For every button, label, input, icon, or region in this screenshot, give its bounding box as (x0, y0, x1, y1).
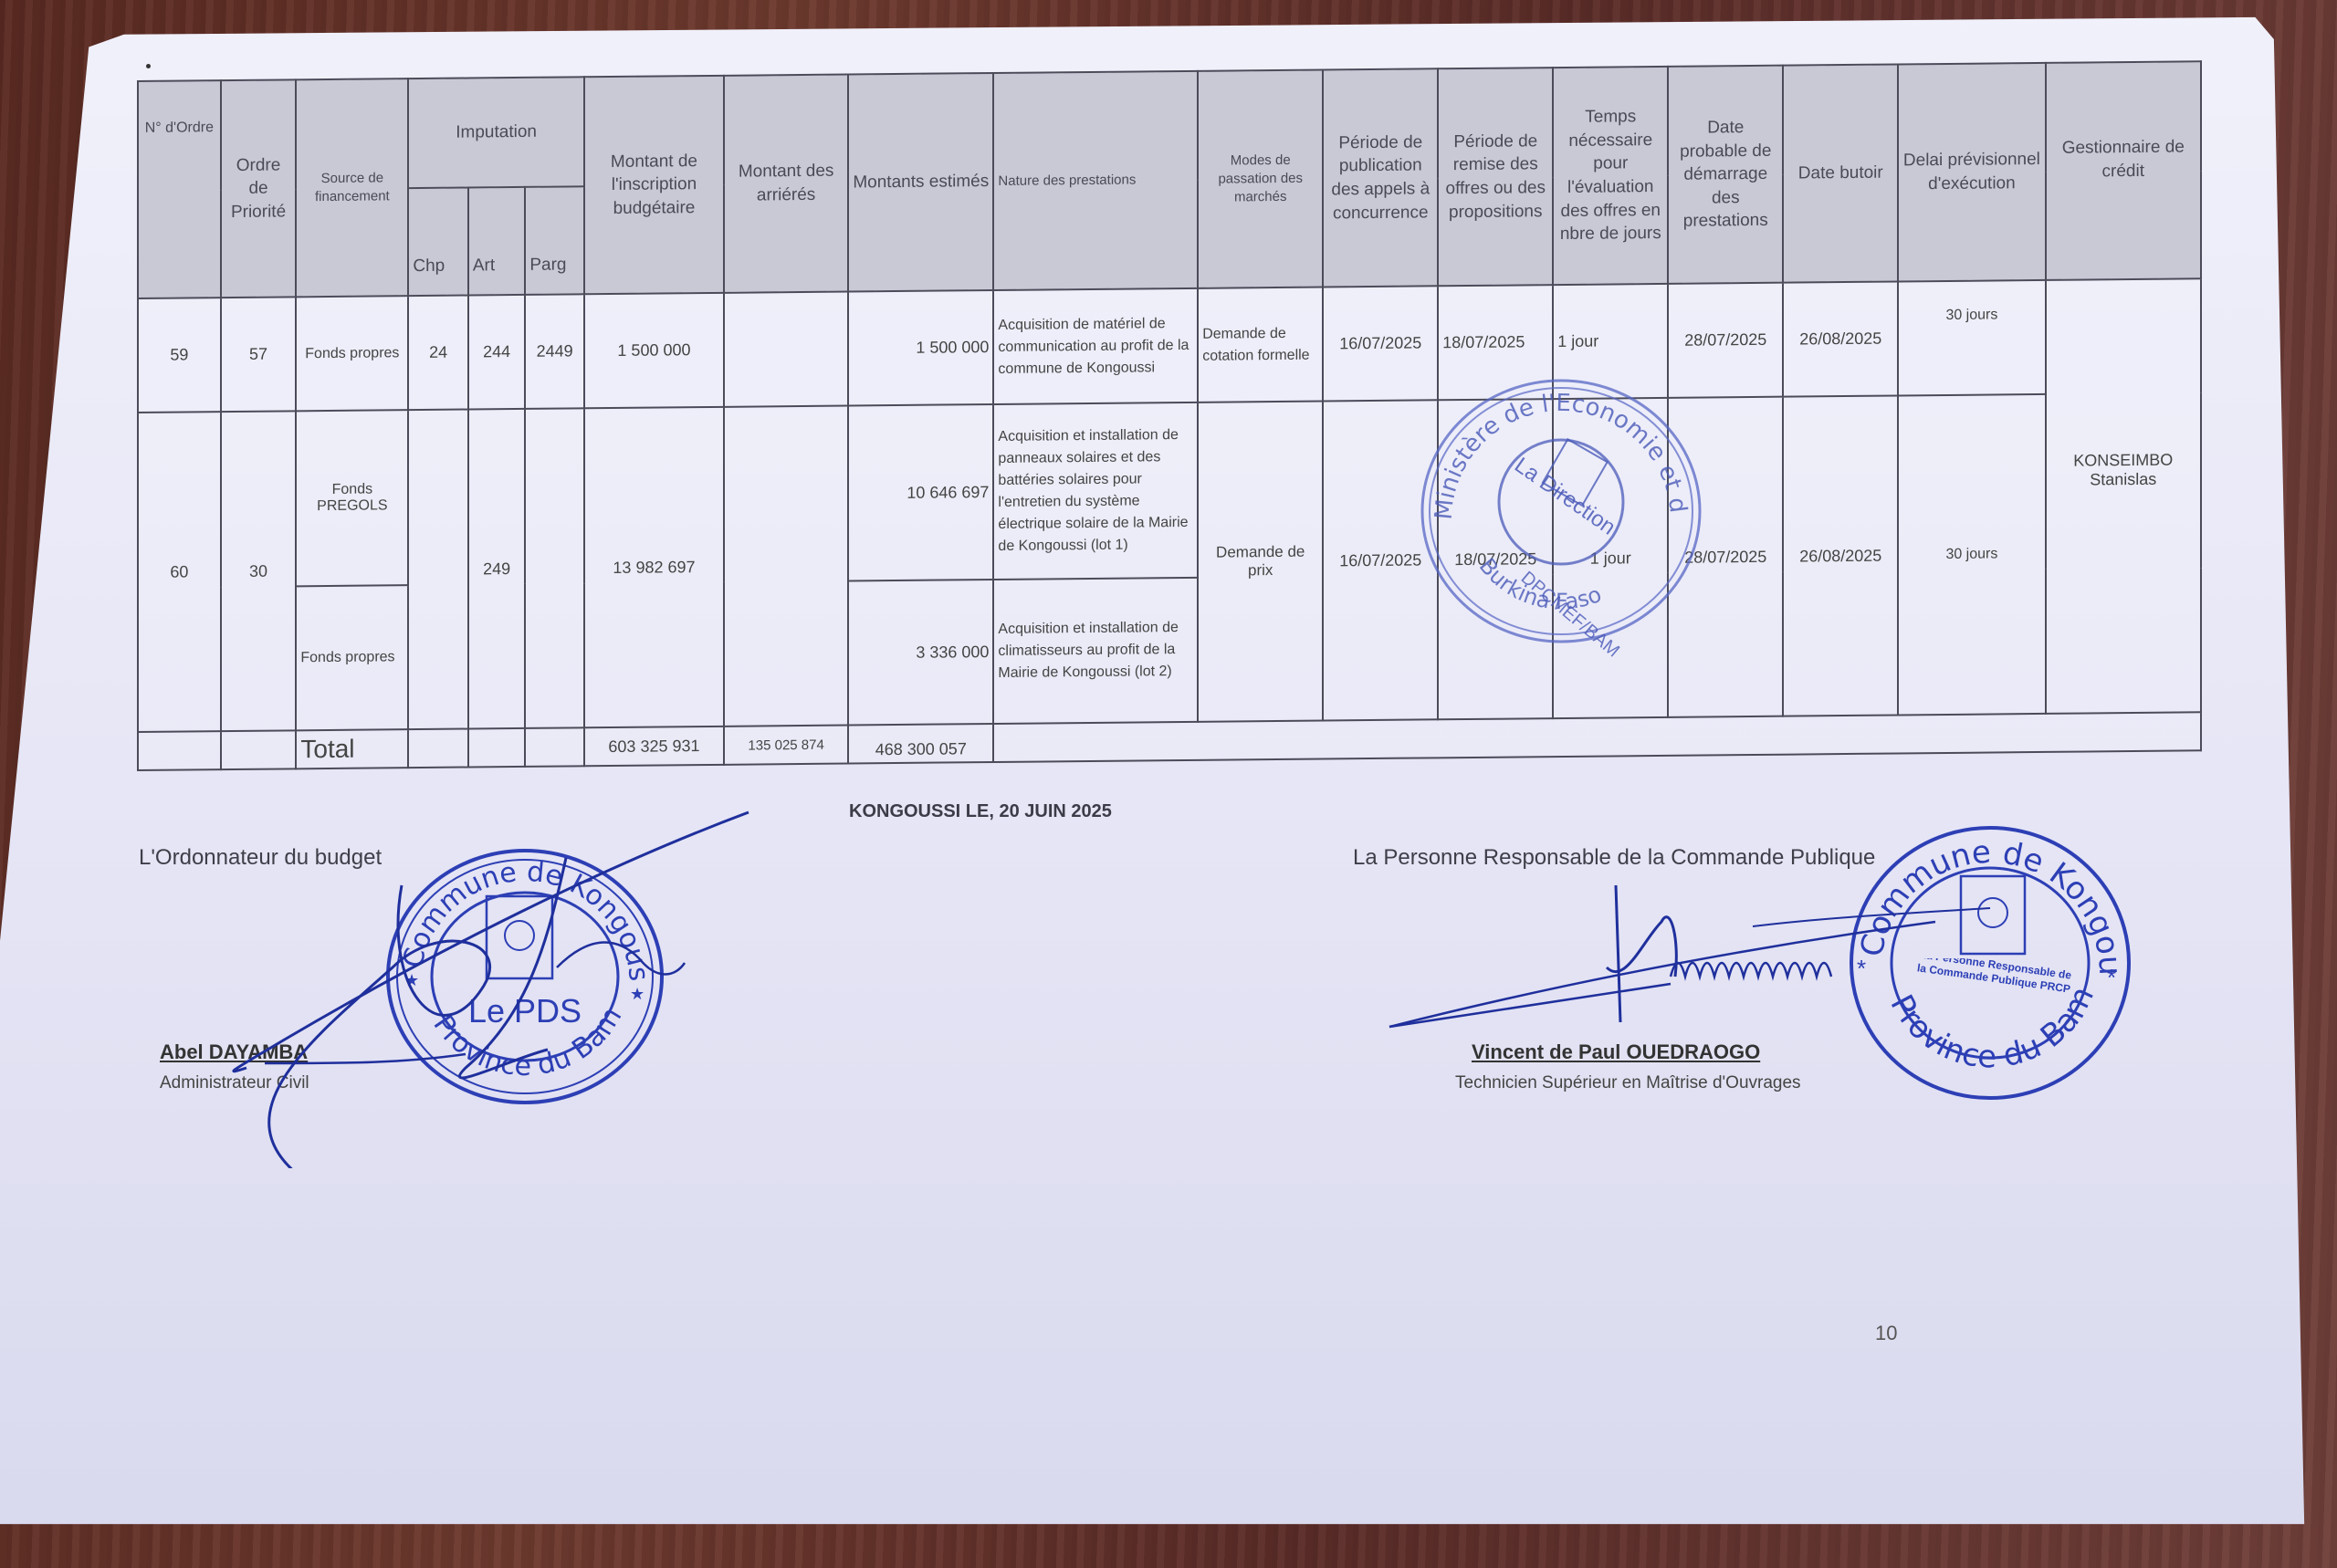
cell-montant-inscription: 13 982 697 (584, 407, 724, 727)
cell-modes: Demande de cotation formelle (1198, 287, 1323, 402)
cell-montant-inscription: 1 500 000 (584, 293, 724, 408)
header-chp: Chp (408, 188, 468, 297)
header-montant-inscription: Montant de l'inscription budgétaire (584, 76, 724, 294)
total-montant-inscription: 603 325 931 (584, 727, 724, 766)
ink-dot (146, 64, 151, 68)
cell-n-ordre: 59 (138, 298, 221, 413)
total-label: Total (296, 729, 408, 768)
header-date-butoir: Date butoir (1783, 64, 1898, 282)
total-montant-arrieres: 135 025 874 (724, 726, 848, 765)
header-temps-evaluation: Temps nécessaire pour l'évaluation des o… (1553, 67, 1668, 285)
header-montants-estimes: Montants estimés (848, 73, 993, 292)
cell-parg: 2449 (525, 294, 584, 409)
header-periode-publication: Période de publication des appels à conc… (1323, 68, 1438, 287)
cell-source-lot2: Fonds propres (296, 585, 408, 730)
cell-chp: 24 (408, 296, 468, 411)
svg-text:*: * (2107, 964, 2116, 991)
document-page: N° d'Ordre Ordre de Priorité Source de f… (0, 0, 2337, 1568)
header-gestionnaire: Gestionnaire de crédit (2046, 61, 2201, 280)
cell-parg (525, 408, 584, 728)
header-n-ordre: N° d'Ordre (138, 80, 221, 298)
cell-delai: 30 jours (1898, 394, 2045, 716)
cell-montants-estimes-lot2: 3 336 000 (848, 580, 993, 726)
cell-montants-estimes-lot1: 10 646 697 (848, 404, 993, 581)
page-number: 10 (1875, 1322, 1897, 1345)
ministry-stamp-bottom-text: DPCMEF/BAM (1517, 568, 1623, 662)
cell-source: Fonds propres (296, 296, 408, 411)
prcp-signature (1369, 885, 2008, 1040)
header-imputation: Imputation (408, 77, 584, 188)
cell-art: 244 (468, 295, 525, 410)
header-delai: Delai prévisionnel d'exécution (1898, 63, 2045, 282)
prcp-label: La Personne Responsable de la Commande P… (1353, 845, 1875, 871)
table-row: 60 30 Fonds PREGOLS 249 13 982 697 10 64… (138, 392, 2201, 588)
cell-nature-lot2: Acquisition et installation de climatiss… (993, 578, 1198, 724)
date-line: KONGOUSSI LE, 20 JUIN 2025 (849, 801, 1112, 822)
cell-gestionnaire: KONSEIMBO Stanislas (2046, 278, 2201, 714)
prcp-name: Vincent de Paul OUEDRAOGO (1472, 1040, 1760, 1064)
cell-date-butoir: 26/08/2025 (1783, 395, 1898, 716)
header-periode-remise: Période de remise des offres ou des prop… (1438, 68, 1553, 286)
cell-montants-estimes: 1 500 000 (848, 290, 993, 406)
cell-montant-arrieres (724, 406, 848, 727)
header-parg: Parg (525, 186, 584, 295)
cell-nature: Acquisition de matériel de communication… (993, 288, 1198, 404)
cell-nature-lot1: Acquisition et installation de panneaux … (993, 402, 1198, 580)
ministry-stamp: Ministère de l'Economie et des Finances … (1410, 365, 1712, 648)
cell-modes: Demande de prix (1198, 402, 1323, 722)
cell-art: 249 (468, 409, 525, 729)
prcp-title: Technicien Supérieur en Maîtrise d'Ouvra… (1455, 1073, 1801, 1093)
ordonnateur-signature (164, 803, 767, 1168)
header-source: Source de financement (296, 78, 408, 297)
total-montants-estimes: 468 300 057 (848, 724, 993, 764)
cell-chp (408, 410, 468, 730)
cell-delai: 30 jours (1898, 280, 2045, 396)
table-row: 59 57 Fonds propres 24 244 2449 1 500 00… (138, 278, 2201, 413)
cell-ordre-priorite: 57 (221, 297, 297, 412)
cell-source-lot1: Fonds PREGOLS (296, 410, 408, 586)
header-modes: Modes de passation des marchés (1198, 70, 1323, 288)
cell-date-butoir: 26/08/2025 (1783, 281, 1898, 396)
header-nature: Nature des prestations (993, 71, 1198, 290)
cell-n-ordre: 60 (138, 412, 221, 732)
procurement-plan-table: N° d'Ordre Ordre de Priorité Source de f… (137, 60, 2202, 771)
cell-montant-arrieres (724, 292, 848, 407)
header-montant-arrieres: Montant des arriérés (724, 75, 848, 293)
header-date-demarrage: Date probable de démarrage des prestatio… (1668, 66, 1783, 284)
header-ordre-priorite: Ordre de Priorité (221, 79, 297, 298)
header-art: Art (468, 187, 525, 296)
cell-ordre-priorite: 30 (221, 411, 297, 731)
